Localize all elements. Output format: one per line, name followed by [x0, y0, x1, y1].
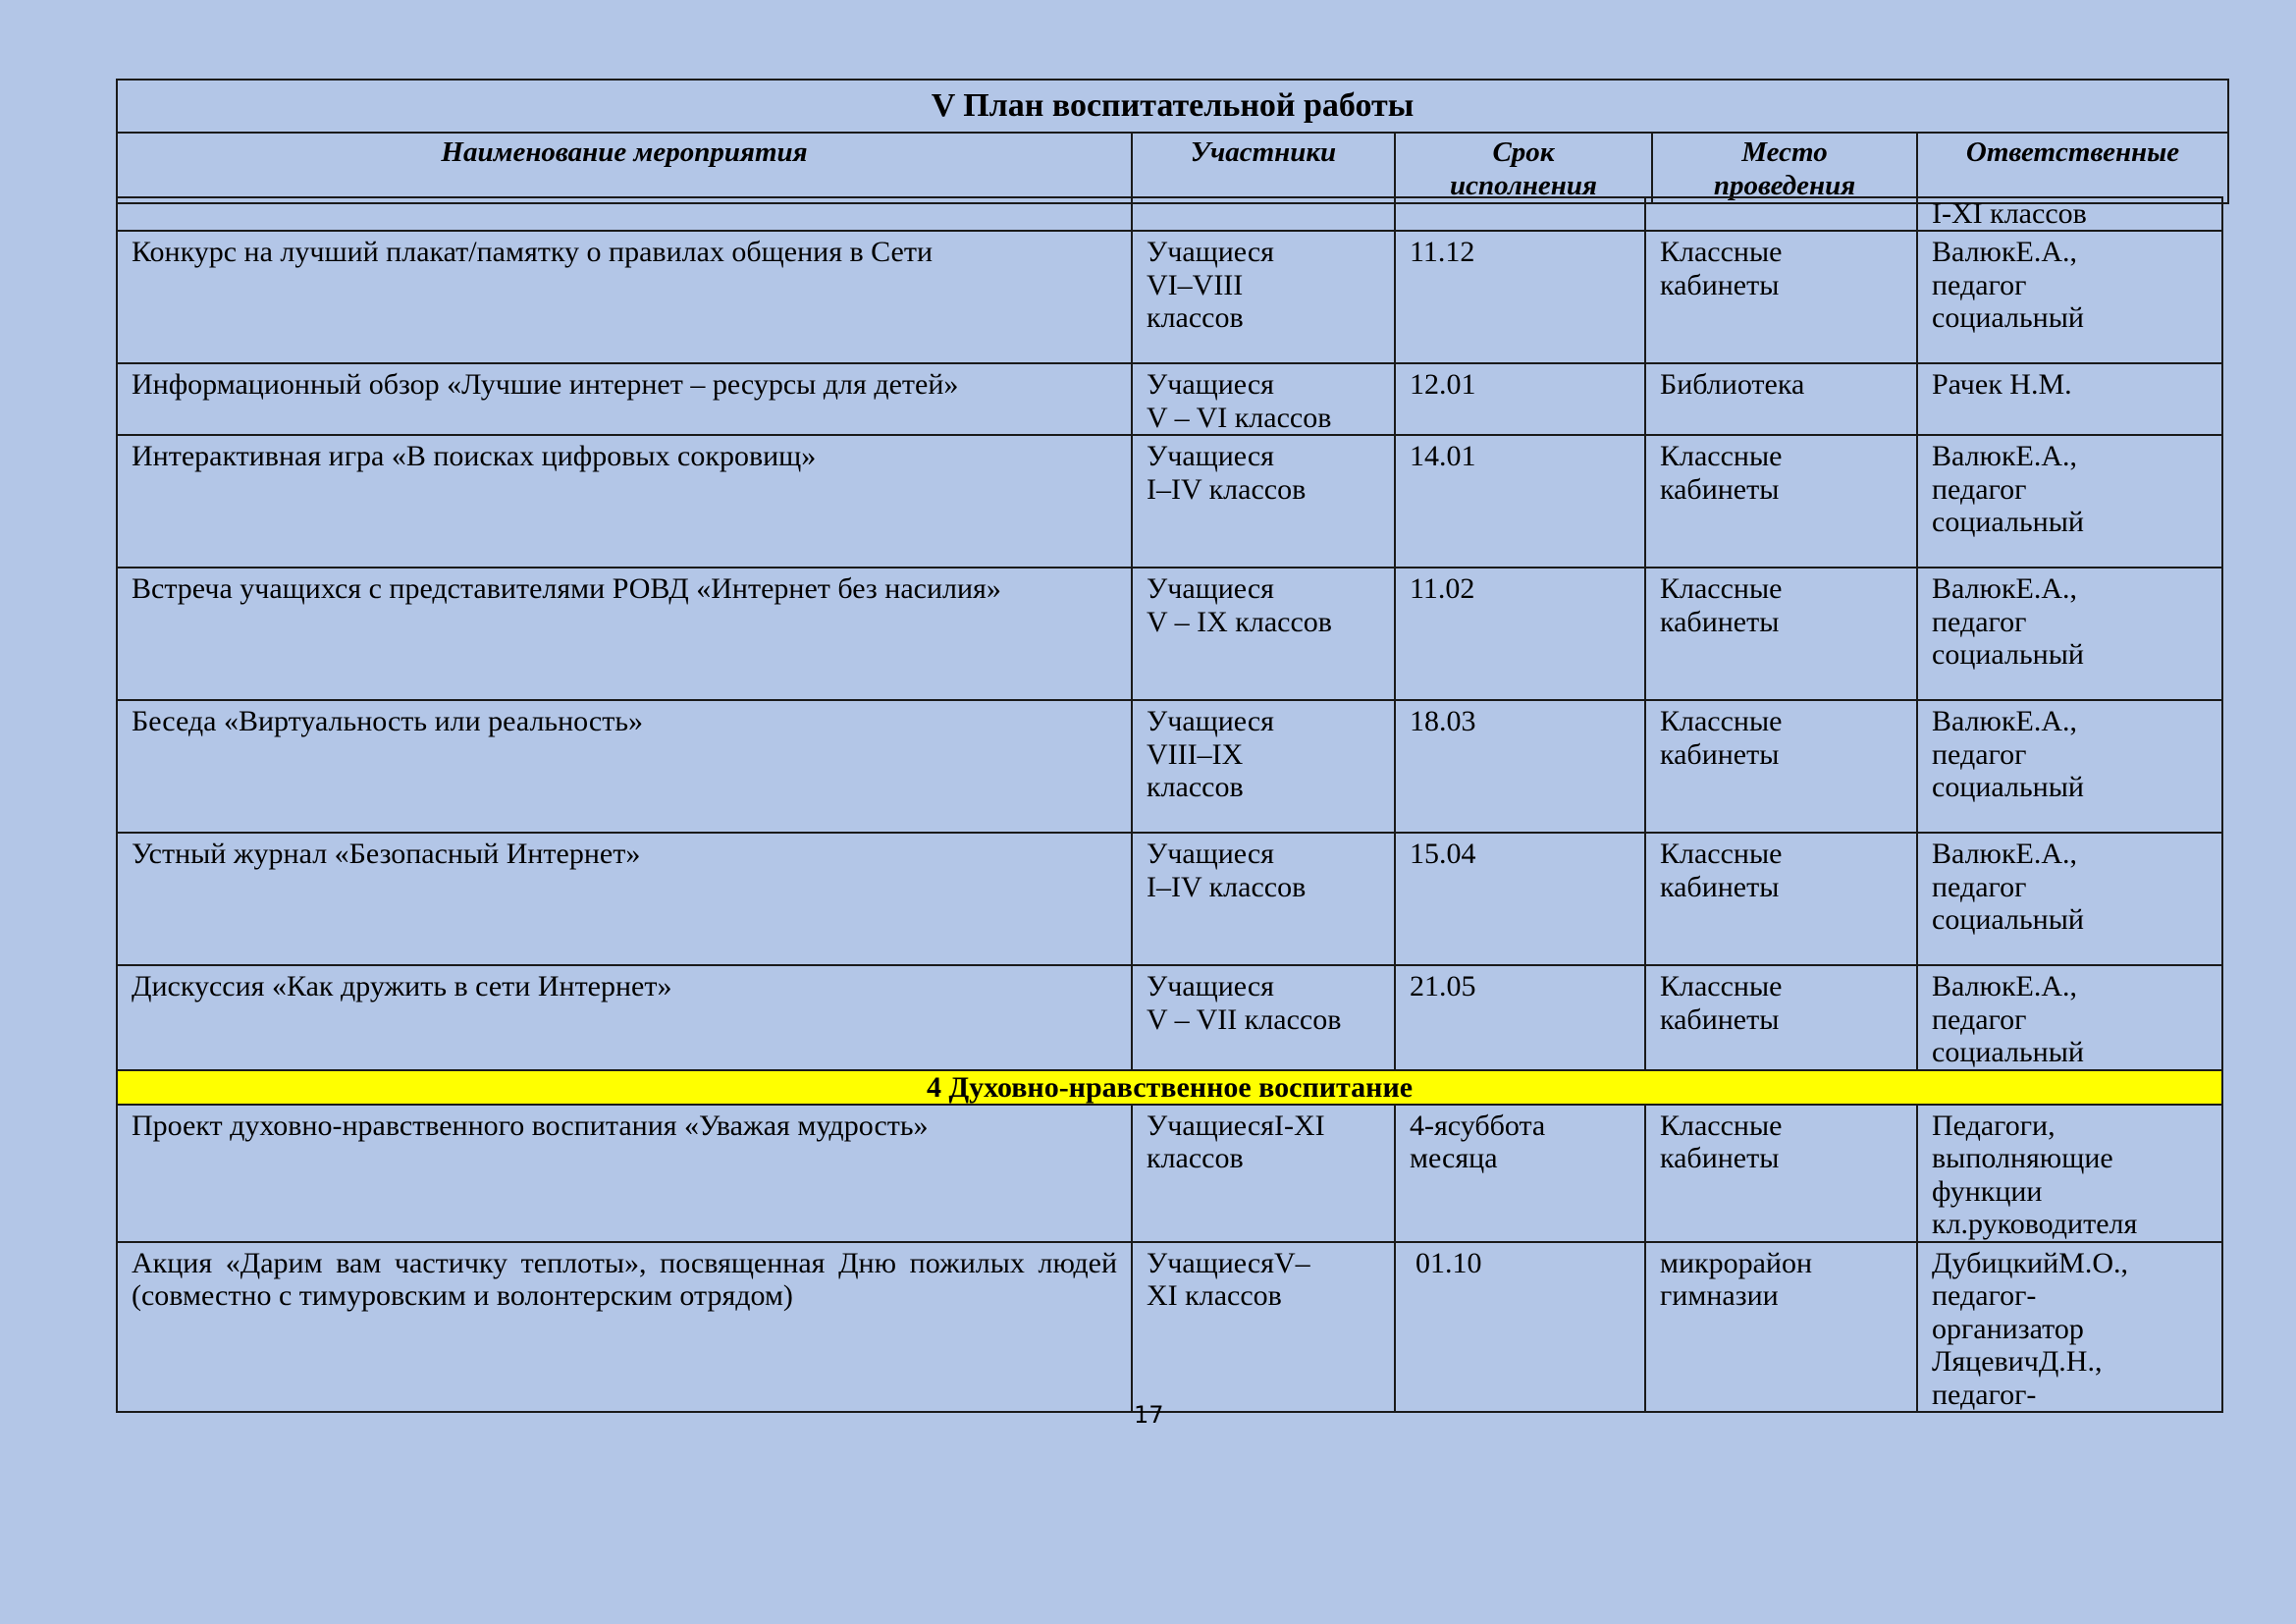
cell-place: Классные кабинеты [1645, 231, 1917, 363]
cell-responsible: I-XI классов [1917, 197, 2222, 231]
cell-deadline: 21.05 [1395, 965, 1645, 1070]
cell-place: микрорайон гимназии [1645, 1242, 1917, 1413]
cell-participants: УчащиесяV– XI классов [1132, 1242, 1395, 1413]
table-row: Встреча учащихся с представителями РОВД … [117, 568, 2222, 700]
cell-place: Классные кабинеты [1645, 965, 1917, 1070]
cell-event-name: Конкурс на лучший плакат/памятку о прави… [117, 231, 1132, 363]
cell-event-name: Интерактивная игра «В поисках цифровых с… [117, 435, 1132, 568]
cell-place: Классные кабинеты [1645, 700, 1917, 833]
table-row: Конкурс на лучший плакат/памятку о прави… [117, 231, 2222, 363]
cell-deadline: 11.12 [1395, 231, 1645, 363]
column-header-responsible: Ответственные [1917, 133, 2228, 203]
cell-participants: УчащиесяI-XI классов [1132, 1105, 1395, 1242]
cell-participants: Учащиеся V – VII классов [1132, 965, 1395, 1070]
cell-responsible: ВалюкЕ.А., педагог социальный [1917, 568, 2222, 700]
cell-participants: Учащиеся VI–VIII классов [1132, 231, 1395, 363]
cell-responsible: ВалюкЕ.А., педагог социальный [1917, 965, 2222, 1070]
cell-event-name: Проект духовно-нравственного воспитания … [117, 1105, 1132, 1242]
cell-place: Классные кабинеты [1645, 435, 1917, 568]
plan-body-table: I-XI классов Конкурс на лучший плакат/па… [116, 196, 2223, 1413]
cell-responsible: ВалюкЕ.А., педагог социальный [1917, 833, 2222, 965]
cell-event-name: Беседа «Виртуальность или реальность» [117, 700, 1132, 833]
cell-responsible: ВалюкЕ.А., педагог социальный [1917, 435, 2222, 568]
cell-responsible: ДубицкийМ.О., педагог- организатор Ляцев… [1917, 1242, 2222, 1413]
continuation-row: I-XI классов [117, 197, 2222, 231]
table-row: Дискуссия «Как дружить в сети Интернет» … [117, 965, 2222, 1070]
column-header-name: Наименование мероприятия [117, 133, 1132, 203]
cell-responsible: ВалюкЕ.А., педагог социальный [1917, 231, 2222, 363]
cell-deadline: 12.01 [1395, 363, 1645, 435]
page-number: 17 [1134, 1401, 1164, 1429]
page-title: V План воспитательной работы [117, 80, 2228, 133]
cell-event-name: Дискуссия «Как дружить в сети Интернет» [117, 965, 1132, 1070]
column-header-row: Наименование мероприятия Участники Сроки… [117, 133, 2228, 203]
cell-deadline: 15.04 [1395, 833, 1645, 965]
table-row: Проект духовно-нравственного воспитания … [117, 1105, 2222, 1242]
cell-participants: Учащиеся V – VI классов [1132, 363, 1395, 435]
cell-event-name: Встреча учащихся с представителями РОВД … [117, 568, 1132, 700]
cell-place: Классные кабинеты [1645, 833, 1917, 965]
cell-participants: Учащиеся I–IV классов [1132, 833, 1395, 965]
column-header-participants: Участники [1132, 133, 1395, 203]
column-header-deadline: Срокисполнения [1395, 133, 1652, 203]
table-row: Устный журнал «Безопасный Интернет» Учащ… [117, 833, 2222, 965]
cell-deadline: 14.01 [1395, 435, 1645, 568]
table-row: Акция «Дарим вам частичку теплоты», посв… [117, 1242, 2222, 1413]
table-row: Беседа «Виртуальность или реальность» Уч… [117, 700, 2222, 833]
cell-event-name: Устный журнал «Безопасный Интернет» [117, 833, 1132, 965]
plan-header-table: V План воспитательной работы Наименовани… [116, 79, 2229, 204]
column-header-place: Местопроведения [1652, 133, 1917, 203]
table-row: Интерактивная игра «В поисках цифровых с… [117, 435, 2222, 568]
cell-participants: Учащиеся I–IV классов [1132, 435, 1395, 568]
cell-deadline: 01.10 [1395, 1242, 1645, 1413]
cell-place: Библиотека [1645, 363, 1917, 435]
cell-deadline: 11.02 [1395, 568, 1645, 700]
cell-event-name: Информационный обзор «Лучшие интернет – … [117, 363, 1132, 435]
cell-responsible: ВалюкЕ.А., педагог социальный [1917, 700, 2222, 833]
section-heading: 4 Духовно-нравственное воспитание [117, 1070, 2222, 1105]
cell-participants: Учащиеся VIII–IX классов [1132, 700, 1395, 833]
cell-deadline: 18.03 [1395, 700, 1645, 833]
cell-place: Классные кабинеты [1645, 568, 1917, 700]
cell-participants: Учащиеся V – IX классов [1132, 568, 1395, 700]
cell-responsible: Рачек Н.М. [1917, 363, 2222, 435]
cell-place: Классные кабинеты [1645, 1105, 1917, 1242]
cell-event-name: Акция «Дарим вам частичку теплоты», посв… [117, 1242, 1132, 1413]
section-heading-row: 4 Духовно-нравственное воспитание [117, 1070, 2222, 1105]
table-row: Информационный обзор «Лучшие интернет – … [117, 363, 2222, 435]
cell-responsible: Педагоги, выполняющие функции кл.руковод… [1917, 1105, 2222, 1242]
cell-deadline: 4-ясуббота месяца [1395, 1105, 1645, 1242]
